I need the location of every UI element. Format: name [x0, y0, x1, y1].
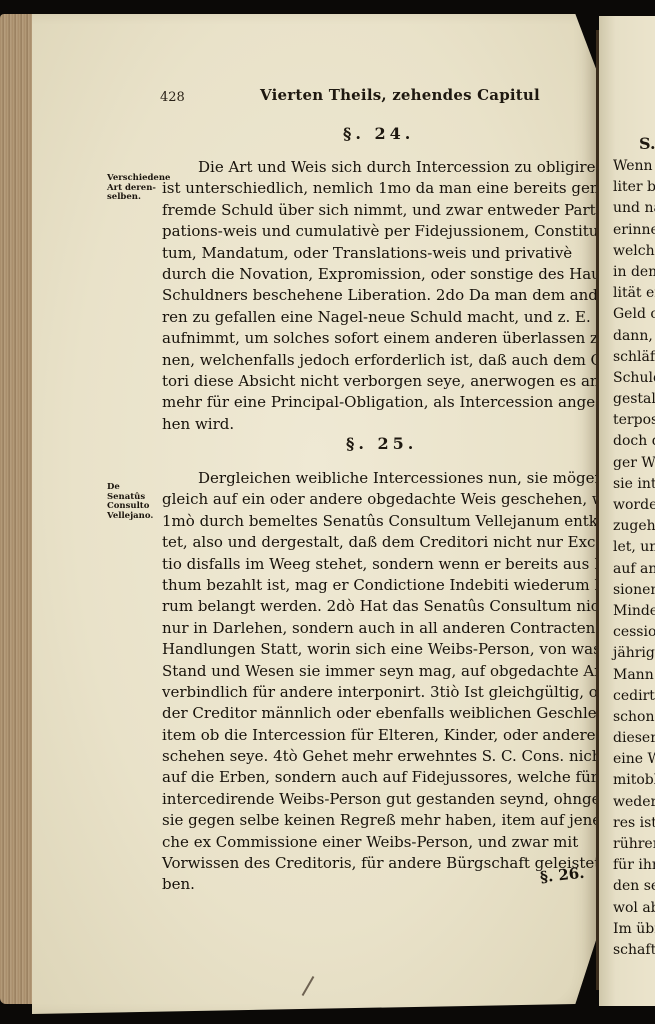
- text-line: sie gegen selbe keinen Regreß mehr haben…: [162, 810, 586, 831]
- text-line: Schuld: [613, 368, 655, 389]
- text-line: worden,: [613, 495, 655, 516]
- margin-note-line: De Senatûs: [107, 483, 159, 502]
- text-line: erinnert: [613, 220, 655, 241]
- text-line: Minder: [613, 601, 655, 622]
- text-line: res ist,: [613, 813, 655, 834]
- text-line: jährigen: [613, 643, 655, 664]
- text-line: sie inter: [613, 474, 655, 495]
- text-line: ger Wi: [613, 453, 655, 474]
- text-line: und nac: [613, 198, 655, 219]
- text-line: sionen f: [613, 580, 655, 601]
- section-heading-24: §. 24.: [343, 124, 414, 143]
- text-line: wol aber: [613, 898, 655, 919]
- margin-note-24: Verschiedene Art deren- selben.: [107, 174, 159, 203]
- text-line: ist unterschiedlich, nemlich 1mo da man …: [162, 178, 586, 199]
- text-line: fremde Schuld über sich nimmt, und zwar …: [162, 200, 586, 221]
- text-line: che ex Commissione einer Weibs-Person, u…: [162, 832, 586, 853]
- text-line: ben.: [162, 874, 586, 895]
- margin-note-25: De Senatûs Consulto Vellejano.: [107, 483, 159, 521]
- text-line: den seyn: [613, 876, 655, 897]
- right-page-fragment: S. Wenn liter beg und nac erinnert welch…: [599, 16, 655, 1006]
- text-line: Vorwissen des Creditoris, für andere Bür…: [162, 853, 586, 874]
- text-line: in dem: [613, 262, 655, 283]
- text-line: schläffer: [613, 347, 655, 368]
- text-line: schon au: [613, 707, 655, 728]
- text-line: rührend: [613, 834, 655, 855]
- margin-note-line: selben.: [107, 193, 159, 203]
- text-line: pations-weis und cumulativè per Fidejuss…: [162, 221, 586, 242]
- text-line: Geld od: [613, 304, 655, 325]
- text-line: lität erf: [613, 283, 655, 304]
- section-24-text: Die Art und Weis sich durch Intercession…: [162, 157, 586, 435]
- text-line: liter beg: [613, 177, 655, 198]
- text-line: ren zu gefallen eine Nagel-neue Schuld m…: [162, 307, 586, 328]
- text-line: Wenn: [613, 156, 655, 177]
- text-line: aufnimmt, um solches sofort einem andere…: [162, 328, 586, 349]
- text-line: nur in Darlehen, sondern auch in all and…: [162, 618, 586, 639]
- text-line: Im übrig: [613, 919, 655, 940]
- text-line: der Creditor männlich oder ebenfalls wei…: [162, 703, 586, 724]
- text-line: auf ande: [613, 559, 655, 580]
- text-line: dieser Ex: [613, 728, 655, 749]
- text-line: item ob die Intercession für Elteren, Ki…: [162, 725, 586, 746]
- page-number: 428: [160, 90, 185, 105]
- text-line: für ihrer: [613, 855, 655, 876]
- text-line: Schuldners beschehene Liberation. 2do Da…: [162, 285, 586, 306]
- text-line: schehen seye. 4tò Gehet mehr erwehntes S…: [162, 746, 586, 767]
- text-line: Handlungen Statt, worin sich eine Weibs-…: [162, 639, 586, 660]
- text-line: Stand und Wesen sie immer seyn mag, auf …: [162, 661, 586, 682]
- text-line: zugehet.: [613, 516, 655, 537]
- text-line: eine We: [613, 749, 655, 770]
- text-line: nen, welchenfalls jedoch erforderlich is…: [162, 350, 586, 371]
- text-line: hen wird.: [162, 414, 586, 435]
- text-line: tori diese Absicht nicht verborgen seye,…: [162, 371, 586, 392]
- text-line: tum, Mandatum, oder Translations-weis un…: [162, 243, 586, 264]
- text-line: Dergleichen weibliche Intercessiones nun…: [162, 468, 586, 489]
- page-edges: [0, 14, 34, 1004]
- running-head-title: Vierten Theils, zehendes Capitul: [260, 86, 540, 104]
- text-line: tio disfalls im Weeg stehet, sondern wen…: [162, 554, 586, 575]
- text-line: schafts-: [613, 940, 655, 961]
- section-25-text: Dergleichen weibliche Intercessiones nun…: [162, 468, 586, 896]
- text-line: mitoblig: [613, 770, 655, 791]
- margin-note-line: Vellejano.: [107, 512, 159, 522]
- text-line: mehr für eine Principal-Obligation, als …: [162, 392, 586, 413]
- text-line: welche: [613, 241, 655, 262]
- text-line: weder E: [613, 792, 655, 813]
- running-head: 428 Vierten Theils, zehendes Capitul: [160, 86, 580, 108]
- text-line: tet, also und dergestalt, daß dem Credit…: [162, 532, 586, 553]
- text-line: durch die Novation, Expromission, oder s…: [162, 264, 586, 285]
- text-line: terposit: [613, 410, 655, 431]
- right-section-heading: S.: [639, 134, 655, 153]
- text-line: thum bezahlt ist, mag er Condictione Ind…: [162, 575, 586, 596]
- text-line: doch die: [613, 431, 655, 452]
- text-line: intercedirende Weibs-Person gut gestande…: [162, 789, 586, 810]
- text-line: gestalt i: [613, 389, 655, 410]
- text-line: auf die Erben, sondern auch auf Fidejuss…: [162, 767, 586, 788]
- text-line: Die Art und Weis sich durch Intercession…: [162, 157, 586, 178]
- text-line: verbindlich für andere interponirt. 3tiò…: [162, 682, 586, 703]
- section-heading-25: §. 25.: [346, 434, 417, 453]
- text-line: let, und: [613, 537, 655, 558]
- text-line: cedirt,: [613, 686, 655, 707]
- text-line: rum belangt werden. 2dò Hat das Senatûs …: [162, 596, 586, 617]
- text-line: dann,: [613, 326, 655, 347]
- text-line: cession: [613, 622, 655, 643]
- text-line: Mann: [613, 665, 655, 686]
- text-line: gleich auf ein oder andere obgedachte We…: [162, 489, 586, 510]
- text-line: 1mò durch bemeltes Senatûs Consultum Vel…: [162, 511, 586, 532]
- right-page-text: Wenn liter beg und nac erinnert welche i…: [613, 156, 655, 961]
